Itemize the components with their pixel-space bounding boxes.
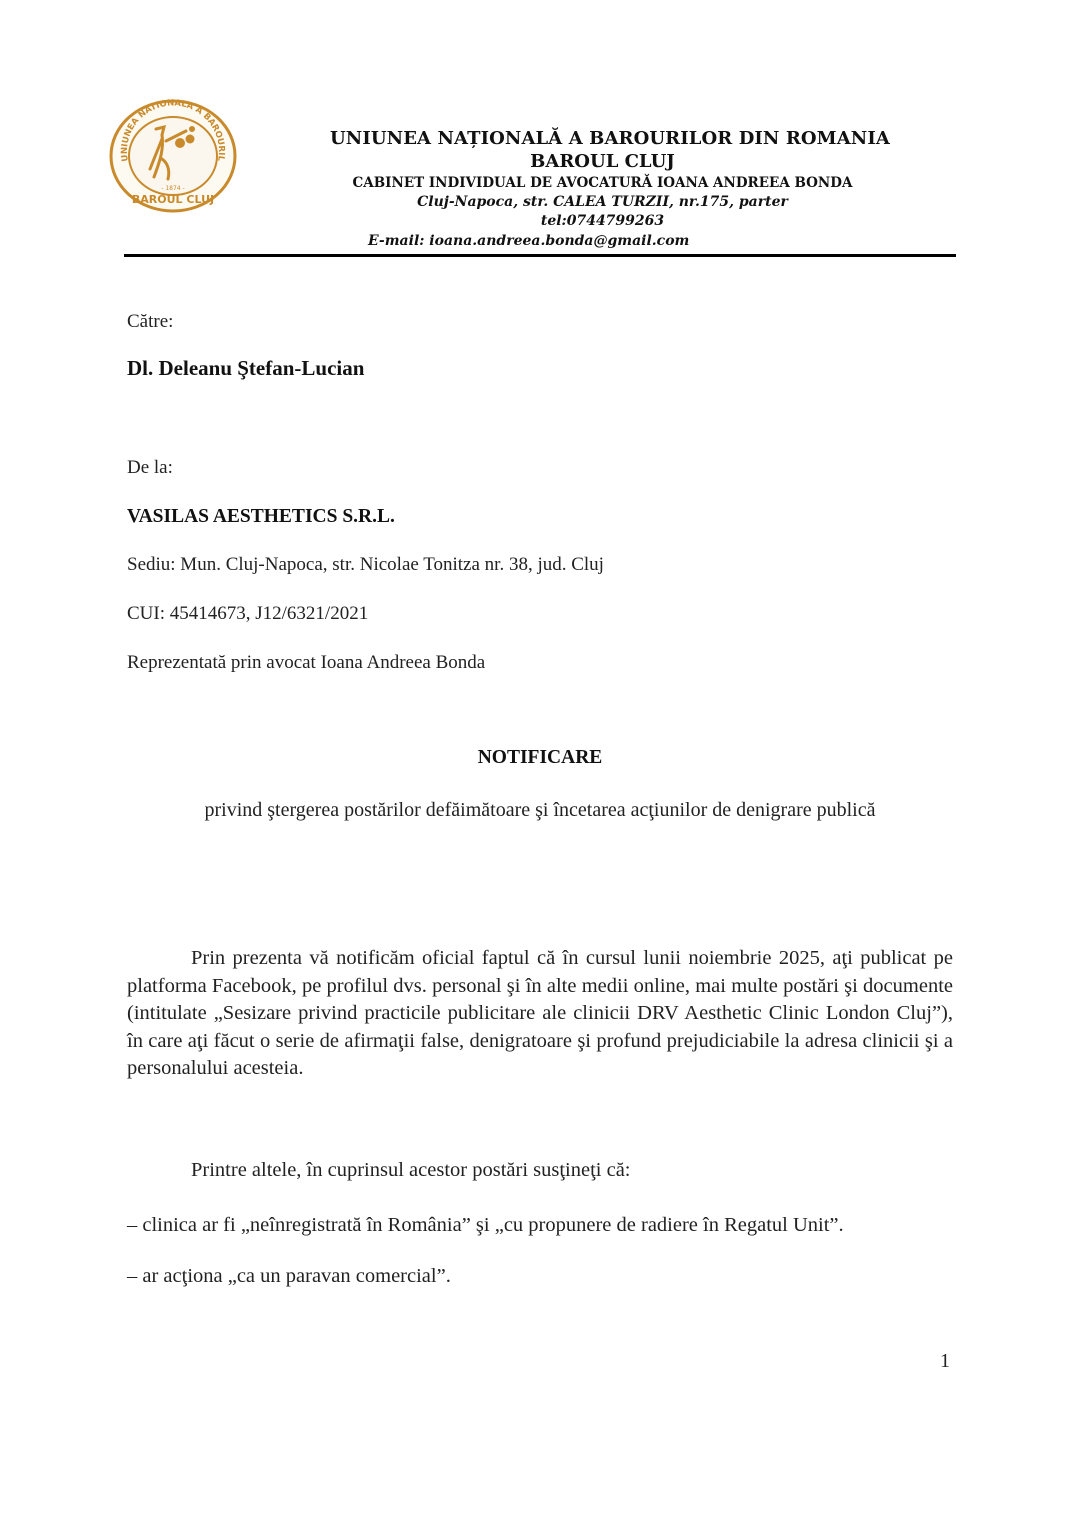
letterhead-divider: [124, 254, 956, 257]
body-paragraph-2: Printre altele, în cuprinsul acestor pos…: [127, 1157, 631, 1184]
sender-label: De la:: [127, 454, 173, 481]
recipient-name: Dl. Deleanu Ştefan-Lucian: [127, 355, 364, 382]
sender-seat: Sediu: Mun. Cluj-Napoca, str. Nicolae To…: [127, 551, 604, 578]
bar-association-seal-icon: UNIUNEA NATIONALA A BAROURILOR DIN ROMAN…: [106, 99, 240, 213]
organization-name: UNIUNEA NAȚIONALĂ A BAROURILOR DIN ROMAN…: [330, 128, 875, 149]
recipient-label: Către:: [127, 308, 173, 335]
bar-name: BAROUL CLUJ: [330, 151, 875, 172]
cabinet-email: E-mail: ioana.andreea.bonda@gmail.com: [368, 233, 689, 249]
sender-representation: Reprezentată prin avocat Ioana Andreea B…: [127, 649, 485, 676]
document-title: NOTIFICARE: [0, 744, 1080, 771]
svg-text:BAROUL CLUJ: BAROUL CLUJ: [132, 193, 214, 206]
sender-cui: CUI: 45414673, J12/6321/2021: [127, 600, 368, 627]
document-page: UNIUNEA NATIONALA A BAROURILOR DIN ROMAN…: [0, 0, 1080, 1527]
claim-list-item: – ar acţiona „ca un paravan comercial”.: [127, 1263, 451, 1290]
cabinet-address: Cluj-Napoca, str. CALEA TURZII, nr.175, …: [330, 194, 875, 210]
cabinet-phone: tel:0744799263: [330, 213, 875, 229]
body-paragraph-1: Prin prezenta vă notificăm oficial faptu…: [127, 945, 953, 1083]
claim-list-item: – clinica ar fi „neînregistrată în Român…: [127, 1212, 844, 1239]
page-number: 1: [940, 1350, 950, 1373]
sender-company: VASILAS AESTHETICS S.R.L.: [127, 503, 395, 530]
cabinet-name: CABINET INDIVIDUAL DE AVOCATURĂ IOANA AN…: [330, 175, 875, 191]
document-subtitle: privind ştergerea postărilor defăimătoar…: [0, 797, 1080, 824]
svg-text:- 1874 -: - 1874 -: [161, 185, 184, 192]
